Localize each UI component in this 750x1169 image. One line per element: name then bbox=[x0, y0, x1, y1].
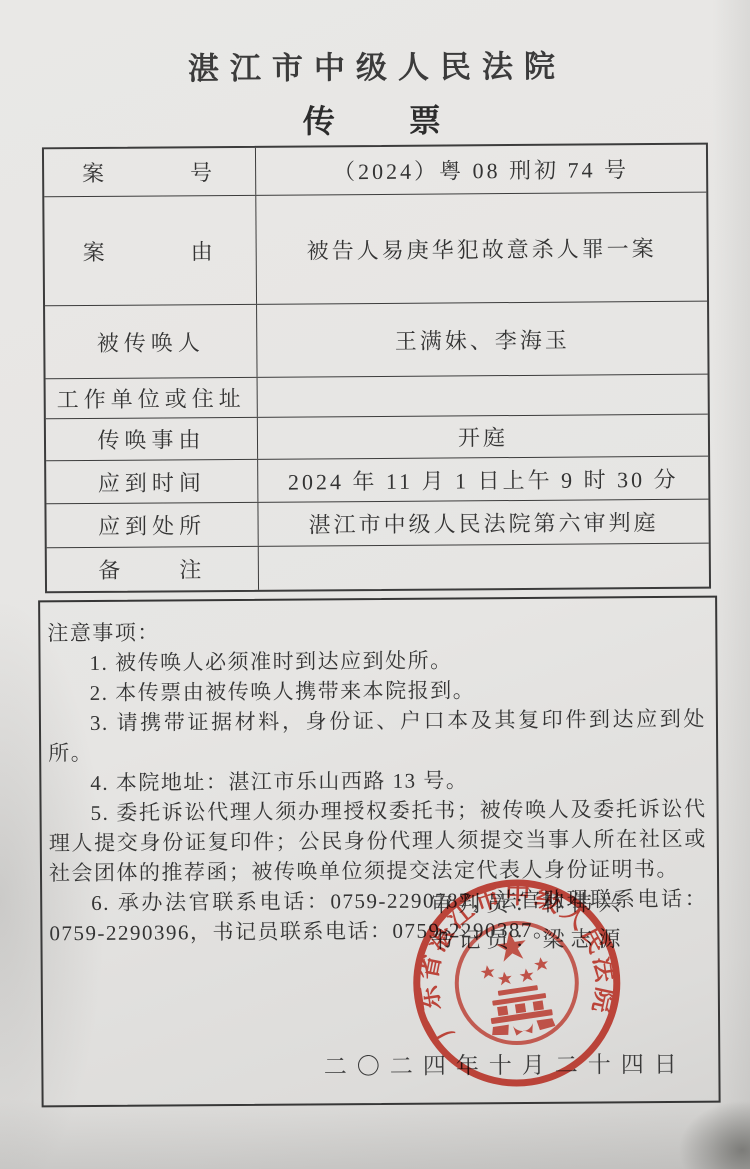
title-gap bbox=[335, 132, 409, 133]
notice-section: 注意事项： 1. 被传唤人必须准时到达应到处所。 2. 本传票由被传唤人携带来本… bbox=[38, 596, 721, 1108]
title-char-2: 票 bbox=[409, 103, 441, 139]
case-info-table: 案 号 （2024）粤 08 刑初 74 号 案 由 被告人易庚华犯故意杀人罪一… bbox=[42, 143, 711, 594]
remarks-value bbox=[259, 544, 709, 590]
cause-label: 案 由 bbox=[44, 196, 257, 305]
summoned-person-label: 被传唤人 bbox=[45, 305, 257, 378]
arrival-time-label: 应到时间 bbox=[46, 460, 258, 503]
case-number-label: 案 号 bbox=[44, 148, 256, 196]
summons-document: 湛江市中级人民法院 传票 案 号 （2024）粤 08 刑初 74 号 案 由 … bbox=[0, 0, 750, 1169]
table-row-arrival-time: 应到时间 2024 年 11 月 1 日上午 9 时 30 分 bbox=[46, 457, 708, 505]
arrival-time-value: 2024 年 11 月 1 日上午 9 时 30 分 bbox=[258, 457, 708, 502]
table-row-remarks: 备 注 bbox=[47, 544, 709, 592]
notice-item-3: 3. 请携带证据材料，身份证、户口本及其复印件到达应到处所。 bbox=[48, 704, 706, 769]
arrival-place-label: 应到处所 bbox=[46, 503, 258, 547]
summon-reason-value: 开庭 bbox=[258, 415, 708, 459]
table-row-cause: 案 由 被告人易庚华犯故意杀人罪一案 bbox=[44, 193, 707, 307]
document-title: 传票 bbox=[0, 93, 747, 144]
cause-value: 被告人易庚华犯故意杀人罪一案 bbox=[256, 193, 707, 304]
notice-item-2: 2. 本传票由被传唤人携带来本院报到。 bbox=[48, 674, 706, 709]
court-name-heading: 湛江市中级人民法院 bbox=[0, 39, 747, 89]
table-row-summon-reason: 传唤事由 开庭 bbox=[46, 415, 708, 462]
notice-heading: 注意事项： bbox=[47, 614, 705, 649]
seal-national-emblem bbox=[476, 927, 558, 1040]
table-row-case-number: 案 号 （2024）粤 08 刑初 74 号 bbox=[44, 145, 706, 198]
summoned-person-value: 王满妹、李海玉 bbox=[257, 302, 707, 377]
arrival-place-value: 湛江市中级人民法院第六审判庭 bbox=[258, 500, 708, 546]
table-row-arrival-place: 应到处所 湛江市中级人民法院第六审判庭 bbox=[46, 500, 708, 549]
work-address-label: 工作单位或住址 bbox=[46, 378, 258, 418]
table-row-work-address: 工作单位或住址 bbox=[46, 375, 708, 420]
court-seal: 广东省湛江市中级人民法院 bbox=[378, 845, 655, 1122]
table-row-summoned-person: 被传唤人 王满妹、李海玉 bbox=[45, 302, 707, 380]
case-number-value: （2024）粤 08 刑初 74 号 bbox=[256, 145, 706, 195]
notice-item-1: 1. 被传唤人必须准时到达应到处所。 bbox=[47, 644, 705, 679]
notice-item-4: 4. 本院地址：湛江市乐山西路 13 号。 bbox=[48, 764, 706, 799]
title-char-1: 传 bbox=[303, 103, 335, 139]
work-address-value bbox=[258, 375, 708, 417]
summon-reason-label: 传唤事由 bbox=[46, 418, 258, 460]
remarks-label: 备 注 bbox=[47, 547, 259, 591]
